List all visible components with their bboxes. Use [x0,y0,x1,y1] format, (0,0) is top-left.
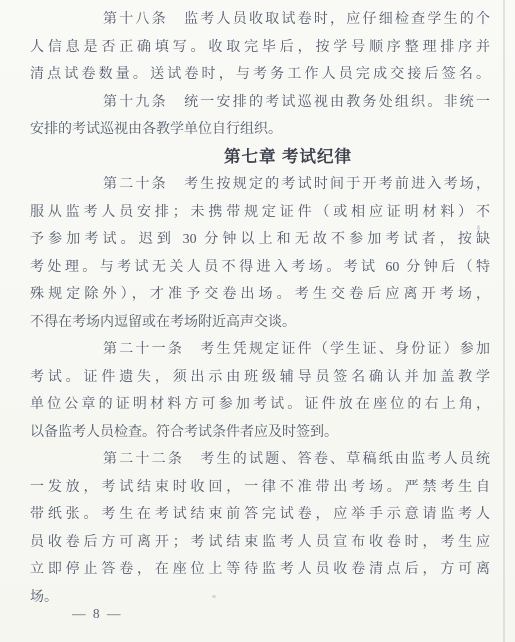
page-number: — 8 — [72,606,123,622]
text-line: 考试。证件遗失，须出示由班级辅导员签名确认并加盖教学 [30,364,490,392]
text-line: 第二十条 考生按规定的考试时间于开考前进入考场， [30,171,490,199]
chapter-heading: 第七章 考试纪律 [58,144,515,172]
text-line: 不得在考场内逗留或在考场附近高声交谈。 [30,309,490,337]
text-line: 清点试卷数量。送试卷时，与考务工作人员完成交接后签名。 [30,61,490,89]
text-line: 第二十一条 考生凭规定证件（学生证、身份证）参加 [30,336,490,364]
text-line: 予参加考试。迟到 30 分钟以上和无故不参加考试者，按缺 [30,226,490,254]
document-page: 第十八条 监考人员收取试卷时，应仔细检查学生的个人信息是否正确填写。收取完毕后，… [0,0,515,642]
text-line: 立即停止答卷，在座位上等待监考人员收卷清点后，方可离 [30,556,490,584]
text-line: 殊规定除外），才准予交卷出场。考生交卷后应离开考场， [30,281,490,309]
text-line: 考处理。与考试无关人员不得进入考场。考试 60 分钟后（特 [30,254,490,282]
text-line: 以备监考人员检查。符合考试条件者应及时签到。 [30,419,490,447]
text-line: 员收卷后方可离开；考试结束监考人员宣布收卷时，考生应 [30,529,490,557]
paragraph-lines-bottom: 第二十条 考生按规定的考试时间于开考前进入考场，服从监考人员安排；未携带规定证件… [30,171,490,611]
text-line: 人信息是否正确填写。收取完毕后，按学号顺序整理排序并 [30,34,490,62]
text-line: 带纸张。考生在考试结束前答完试卷，应举手示意请监考人 [30,501,490,529]
paragraph-lines-top: 第十八条 监考人员收取试卷时，应仔细检查学生的个人信息是否正确填写。收取完毕后，… [30,6,490,144]
text-line: 服从监考人员安排；未携带规定证件（或相应证明材料）不 [30,199,490,227]
text-line: 第十九条 统一安排的考试巡视由教务处组织。非统一 [30,89,490,117]
text-line: 单位公章的证明材料方可参加考试。证件放在座位的右上角， [30,391,490,419]
text-line: 一发放，考试结束时收回，一律不准带出考场。严禁考生自 [30,474,490,502]
text-line: 第十八条 监考人员收取试卷时，应仔细检查学生的个 [30,6,490,34]
text-line: 安排的考试巡视由各教学单位自行组织。 [30,116,490,144]
text-line: 第二十二条 考生的试题、答卷、草稿纸由监考人员统 [30,446,490,474]
scan-edge-artifact [503,0,505,642]
document-body: 第十八条 监考人员收取试卷时，应仔细检查学生的个人信息是否正确填写。收取完毕后，… [30,6,490,611]
